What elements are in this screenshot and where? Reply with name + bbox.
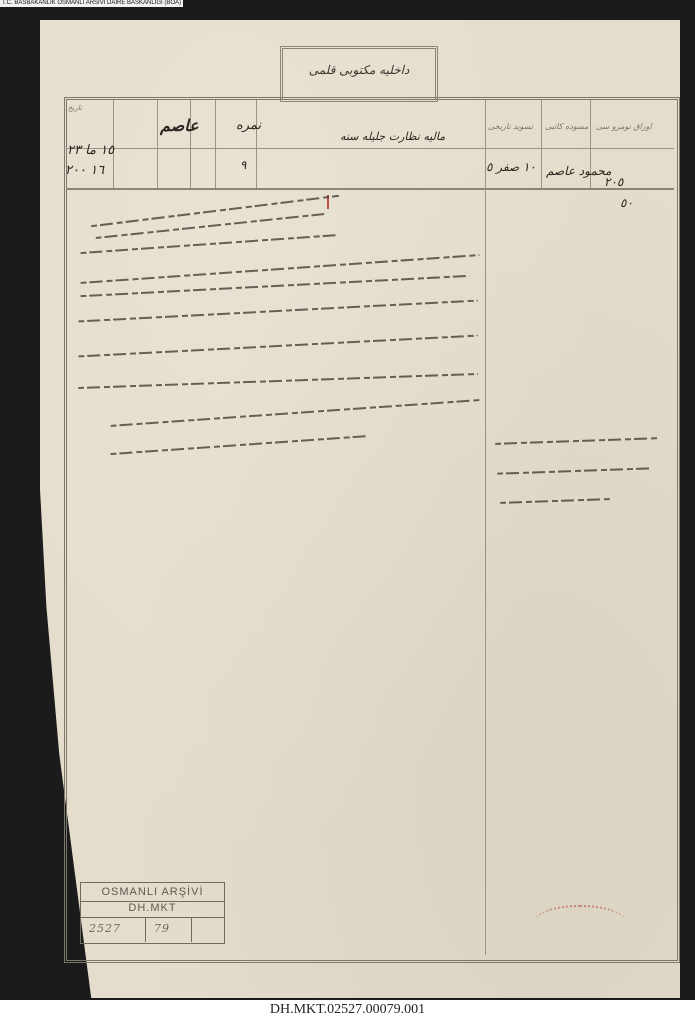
- column-header-clerk: مسوده كاتبى: [545, 122, 588, 131]
- footer: DH.MKT.02527.00079.001: [0, 1000, 695, 1024]
- grid-line: [485, 100, 486, 955]
- number-label: نمره: [236, 118, 261, 133]
- archive-stamp: OSMANLI ARŞİVİ DH.MKT 2527 79: [80, 882, 225, 944]
- stamp-archive-name: OSMANLI ARŞİVİ: [81, 886, 224, 902]
- document-reference-id: DH.MKT.02527.00079.001: [0, 1002, 695, 1018]
- stamp-number-row: 2527 79: [81, 918, 224, 942]
- stamp-page-number: 79: [146, 918, 192, 942]
- number-value: ٩: [240, 158, 246, 172]
- grid-line: [215, 100, 216, 188]
- row-note: ٥٠: [620, 196, 633, 210]
- faded-red-seal: [535, 905, 625, 937]
- document-title-box: داخليه مكتوبى قلمى: [280, 46, 438, 102]
- stamp-empty-cell: [192, 918, 224, 942]
- signature-mark: عاصم: [160, 116, 199, 135]
- draft-date-value: ١٠ صفر ٥: [486, 160, 536, 174]
- column-header-draft-date: تسويد تاريخى: [488, 122, 533, 131]
- grid-line: [256, 100, 257, 188]
- column-header-serial: اوراق نومرو سى: [596, 122, 652, 131]
- summary-value: ماليه نظارت جليله سنه: [340, 130, 445, 143]
- document-title: داخليه مكتوبى قلمى: [283, 63, 435, 77]
- archive-header-label: T.C. BASBAKANLIK OSMANLI ARSIVI DAIRE BA…: [0, 0, 183, 7]
- date-value-2: ١٦ ٢٠٠: [65, 163, 104, 178]
- date-value-1: ١٥ ما ٢٣: [67, 143, 114, 158]
- grid-line: [157, 100, 158, 188]
- column-header-date: تاريخ: [68, 104, 82, 112]
- grid-line: [66, 188, 674, 190]
- grid-line: [190, 100, 191, 188]
- grid-line: [541, 100, 542, 188]
- ledger-frame: [64, 97, 680, 963]
- stamp-fund-code: DH.MKT: [81, 902, 224, 918]
- stamp-box-number: 2527: [81, 918, 146, 942]
- serial-value: ٢٠٥: [604, 175, 623, 189]
- clerk-value: محمود عاصم: [546, 164, 611, 178]
